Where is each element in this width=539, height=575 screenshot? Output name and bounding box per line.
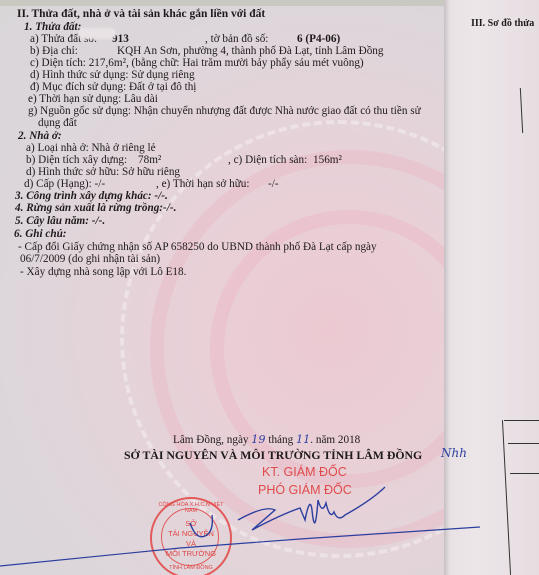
certificate-page: II. Thửa đất, nhà ở và tài sản khác gắn …: [0, 0, 539, 575]
handwritten-signature: [0, 0, 539, 575]
